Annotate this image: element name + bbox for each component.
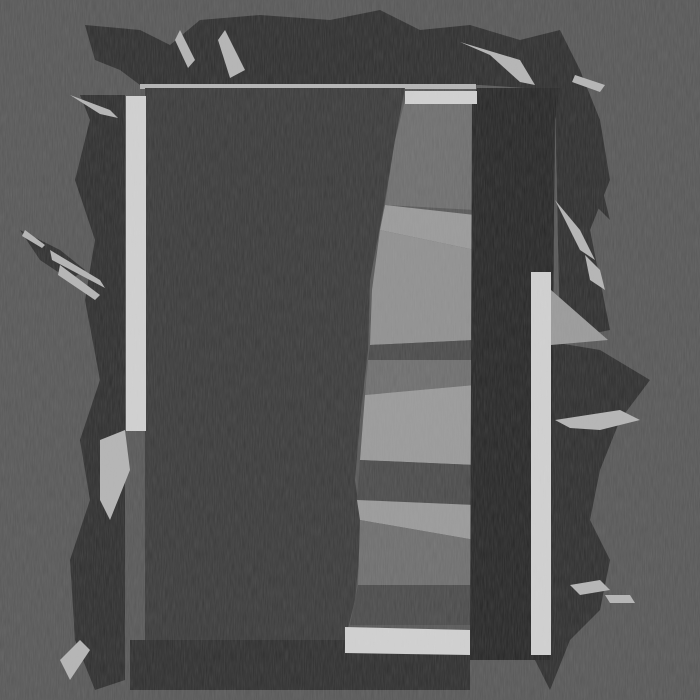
texture-overlay (0, 0, 700, 700)
abstract-artwork (0, 0, 700, 700)
